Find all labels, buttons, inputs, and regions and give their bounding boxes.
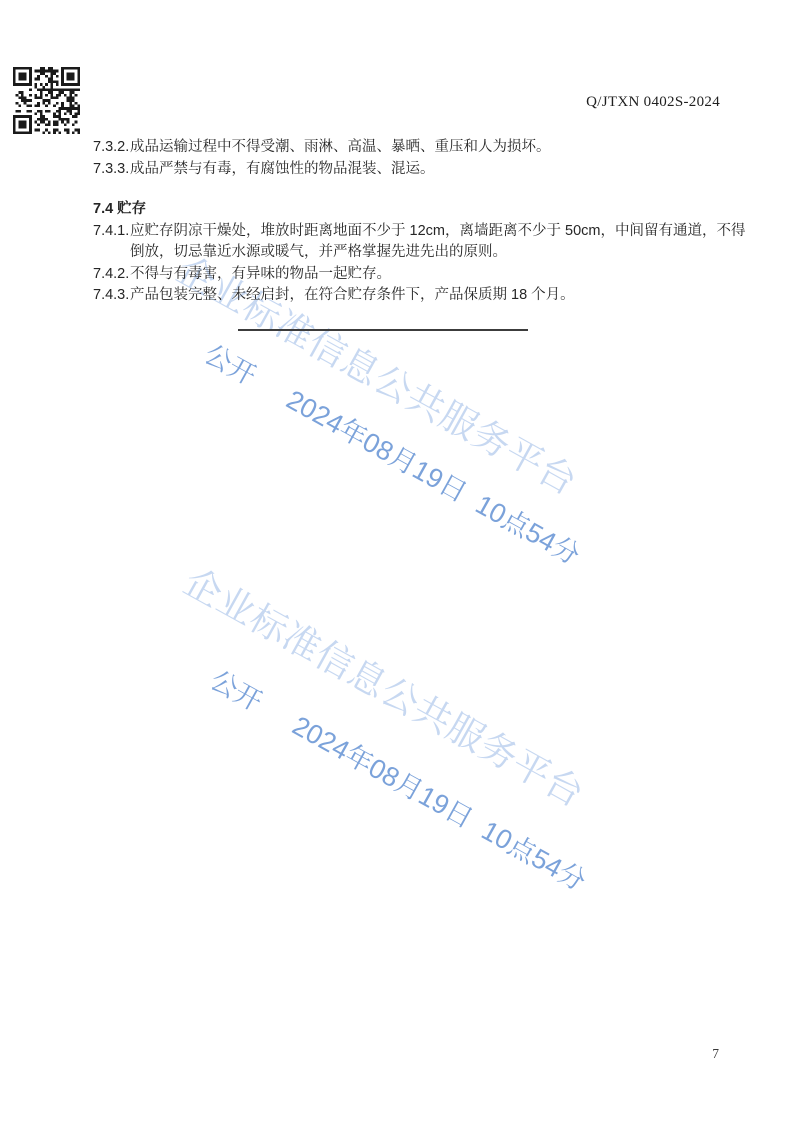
document-page: Q/JTXN 0402S-2024 企业标准信息公共服务平台 公开2024年08… (0, 0, 794, 1123)
watermark-public-label: 公开 (205, 665, 267, 717)
clause-text: 成品运输过程中不得受潮、雨淋、高温、暴晒、重压和人为损坏。 (130, 137, 551, 159)
document-body: 7.3.2. 成品运输过程中不得受潮、雨淋、高温、暴晒、重压和人为损坏。 7.3… (93, 137, 753, 307)
watermark-gap (249, 386, 284, 405)
watermark-stamp-upper: 公开2024年08月19日 10点54分 (157, 291, 603, 600)
watermark-platform-text-lower: 企业标准信息公共服务平台 (176, 552, 596, 817)
clause-7-3-2: 7.3.2. 成品运输过程中不得受潮、雨淋、高温、暴晒、重压和人为损坏。 (93, 137, 753, 159)
watermark-gap (255, 712, 290, 731)
clause-text: 成品严禁与有毒，有腐蚀性的物品混装、混运。 (130, 159, 435, 181)
clause-number: 7.3.2. (93, 137, 130, 159)
section-heading-7-4: 7.4 贮存 (93, 199, 753, 221)
clause-text: 不得与有毒害，有异味的物品一起贮存。 (130, 264, 391, 286)
clause-7-4-1: 7.4.1. 应贮存阴凉干燥处，堆放时距离地面不少于 12cm，离墙距离不少于 … (93, 221, 753, 264)
clause-7-3-3: 7.3.3. 成品严禁与有毒，有腐蚀性的物品混装、混运。 (93, 159, 753, 181)
watermark-timestamp: 2024年08月19日 10点54分 (287, 710, 590, 896)
section-spacer (93, 180, 753, 199)
clause-text: 应贮存阴凉干燥处，堆放时距离地面不少于 12cm，离墙距离不少于 50cm，中间… (130, 221, 745, 264)
clause-number: 7.4.2. (93, 264, 130, 286)
watermark-timestamp: 2024年08月19日 10点54分 (281, 384, 584, 570)
header-doc-number: Q/JTXN 0402S-2024 (586, 94, 720, 111)
end-of-document-divider (238, 329, 528, 331)
clause-7-4-2: 7.4.2. 不得与有毒害，有异味的物品一起贮存。 (93, 264, 753, 286)
clause-number: 7.4.3. (93, 285, 130, 307)
clause-number: 7.3.3. (93, 159, 130, 181)
clause-7-4-3: 7.4.3. 产品包装完整、未经启封，在符合贮存条件下，产品保质期 18 个月。 (93, 285, 753, 307)
clause-number: 7.4.1. (93, 221, 130, 243)
qr-code-icon (13, 67, 80, 134)
watermark-public-label: 公开 (199, 339, 261, 391)
watermark-stamp-lower: 公开2024年08月19日 10点54分 (163, 617, 609, 926)
page-number: 7 (712, 1046, 719, 1062)
clause-text: 产品包装完整、未经启封，在符合贮存条件下，产品保质期 18 个月。 (130, 285, 575, 307)
